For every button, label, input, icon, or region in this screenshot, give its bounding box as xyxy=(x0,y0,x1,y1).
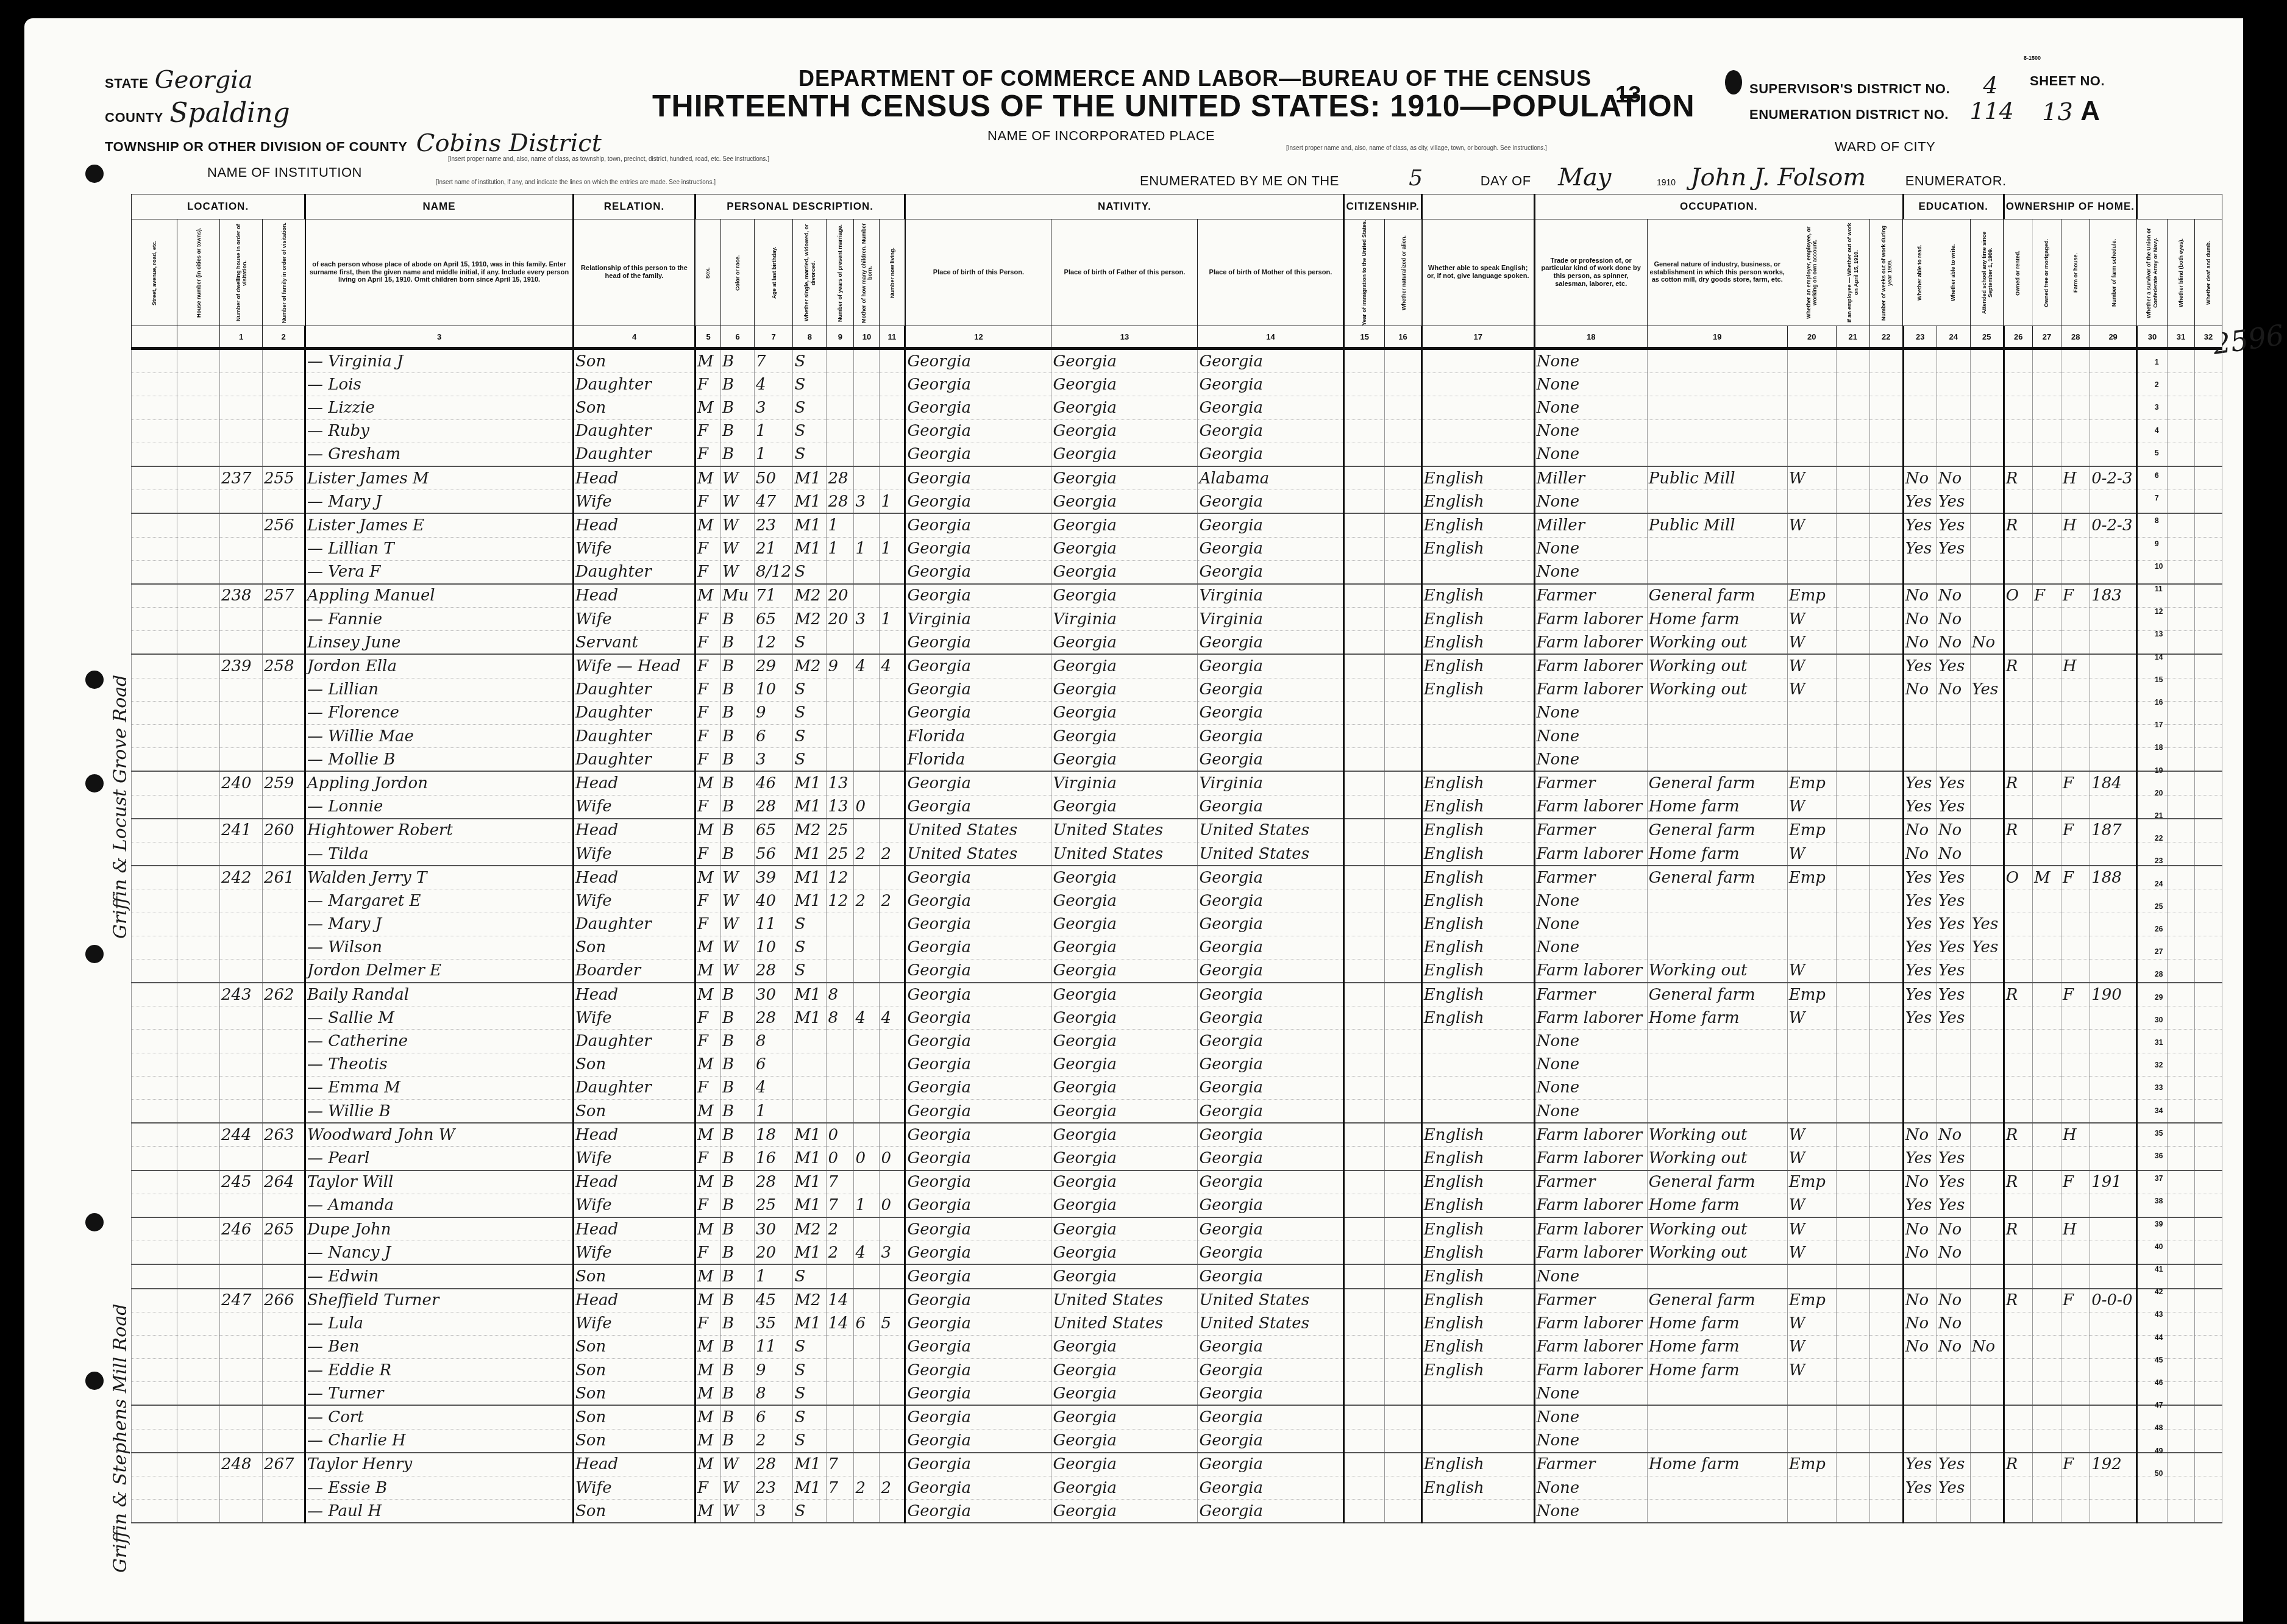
marital-status-cell: M2 xyxy=(793,584,827,608)
free-mortgaged-cell xyxy=(2032,771,2061,795)
family-number-cell: 267 xyxy=(263,1453,305,1476)
deaf-cell xyxy=(2195,1382,2222,1406)
birthplace-cell: Georgia xyxy=(905,913,1051,936)
free-mortgaged-cell xyxy=(2032,678,2061,701)
owned-rented-cell xyxy=(2004,913,2032,936)
farm-house-cell: H xyxy=(2061,466,2090,490)
relation-cell: Head xyxy=(574,819,695,842)
street-cell xyxy=(132,419,177,443)
day-of-label: DAY OF xyxy=(1481,173,1531,188)
dwelling-number-cell xyxy=(220,795,263,819)
naturalized-cell xyxy=(1385,1312,1422,1335)
naturalized-cell xyxy=(1385,725,1422,748)
mother-birthplace-cell: Georgia xyxy=(1198,1382,1344,1406)
line-number: 32 xyxy=(2155,1061,2163,1069)
race-cell: W xyxy=(721,1500,755,1523)
naturalized-cell xyxy=(1385,701,1422,724)
family-number-cell xyxy=(263,748,305,772)
column-description: Farm or house. xyxy=(2061,219,2090,326)
children-born-cell xyxy=(854,631,880,655)
farm-house-cell xyxy=(2061,748,2090,772)
employer-status-cell xyxy=(1787,1500,1836,1523)
mother-birthplace-cell: Georgia xyxy=(1198,419,1344,443)
read-cell xyxy=(1903,1359,1937,1382)
sex-cell: F xyxy=(695,1194,721,1217)
free-mortgaged-cell xyxy=(2032,349,2061,373)
street-cell xyxy=(132,1312,177,1335)
blind-cell xyxy=(2168,771,2195,795)
out-of-work-cell xyxy=(1836,889,1869,913)
employer-status-cell: W xyxy=(1787,1217,1836,1241)
deaf-cell xyxy=(2195,419,2222,443)
farm-house-cell: F xyxy=(2061,1453,2090,1476)
language-cell: English xyxy=(1421,819,1534,842)
employer-status-cell: W xyxy=(1787,608,1836,631)
out-of-work-cell xyxy=(1836,1241,1869,1265)
column-description: Whether deaf and dumb. xyxy=(2195,219,2222,326)
children-born-cell xyxy=(854,373,880,396)
deaf-cell xyxy=(2195,1076,2222,1099)
dwelling-number-cell: 248 xyxy=(220,1453,263,1476)
language-cell xyxy=(1421,1076,1534,1099)
blind-cell xyxy=(2168,608,2195,631)
person-name-cell: — Emma M xyxy=(305,1076,574,1099)
line-number: 1 xyxy=(2155,358,2159,366)
write-cell: Yes xyxy=(1937,1453,1970,1476)
dwelling-number-cell xyxy=(220,1312,263,1335)
family-number-cell xyxy=(263,889,305,913)
farm-house-cell: F xyxy=(2061,771,2090,795)
weeks-out-cell xyxy=(1869,678,1903,701)
children-born-cell: 2 xyxy=(854,889,880,913)
marital-status-cell: S xyxy=(793,349,827,373)
deaf-cell xyxy=(2195,1147,2222,1170)
years-married-cell xyxy=(827,701,854,724)
deaf-cell xyxy=(2195,1264,2222,1288)
write-cell xyxy=(1937,349,1970,373)
marital-status-cell: M1 xyxy=(793,1006,827,1030)
age-cell: 11 xyxy=(755,1335,793,1358)
read-cell: Yes xyxy=(1903,1194,1937,1217)
race-cell: B xyxy=(721,1241,755,1265)
birthplace-cell: Georgia xyxy=(905,466,1051,490)
column-number: 29 xyxy=(2090,326,2137,349)
blind-cell xyxy=(2168,490,2195,514)
table-row: — Margaret EWifeFW40M11222GeorgiaGeorgia… xyxy=(132,889,2222,913)
children-living-cell: 1 xyxy=(880,537,905,560)
naturalized-cell xyxy=(1385,1500,1422,1523)
naturalized-cell xyxy=(1385,1030,1422,1053)
employer-status-cell: Emp xyxy=(1787,983,1836,1006)
owned-rented-cell xyxy=(2004,1076,2032,1099)
trade-cell: None xyxy=(1534,1264,1647,1288)
marital-status-cell xyxy=(793,1100,827,1124)
read-cell xyxy=(1903,1100,1937,1124)
farm-schedule-cell xyxy=(2090,1382,2137,1406)
column-description: Trade or profession of, or particular ki… xyxy=(1534,219,1647,326)
relation-cell: Wife xyxy=(574,1476,695,1500)
owned-rented-cell xyxy=(2004,1241,2032,1265)
language-cell xyxy=(1421,396,1534,419)
column-number: 28 xyxy=(2061,326,2090,349)
language-cell: English xyxy=(1421,842,1534,866)
industry-cell: Working out xyxy=(1647,959,1787,983)
person-name-cell: Lister James E xyxy=(305,513,574,537)
marital-status-cell: S xyxy=(793,1382,827,1406)
naturalized-cell xyxy=(1385,654,1422,678)
line-number: 5 xyxy=(2155,449,2159,457)
line-number: 42 xyxy=(2155,1287,2163,1296)
industry-cell xyxy=(1647,490,1787,514)
father-birthplace-cell: Georgia xyxy=(1051,631,1198,655)
school-cell xyxy=(1970,795,2004,819)
employer-status-cell: W xyxy=(1787,1241,1836,1265)
family-number-cell: 256 xyxy=(263,513,305,537)
blind-cell xyxy=(2168,443,2195,466)
free-mortgaged-cell xyxy=(2032,889,2061,913)
relation-cell: Head xyxy=(574,1289,695,1312)
birthplace-cell: Georgia xyxy=(905,1476,1051,1500)
marital-status-cell: S xyxy=(793,1359,827,1382)
mother-birthplace-cell: United States xyxy=(1198,819,1344,842)
school-cell xyxy=(1970,1030,2004,1053)
deaf-cell xyxy=(2195,1194,2222,1217)
township-instructions: [Insert proper name and, also, name of c… xyxy=(448,156,948,163)
owned-rented-cell: R xyxy=(2004,983,2032,1006)
blind-cell xyxy=(2168,1289,2195,1312)
trade-cell: Farm laborer xyxy=(1534,1312,1647,1335)
person-name-cell: — Cort xyxy=(305,1405,574,1429)
line-number: 45 xyxy=(2155,1356,2163,1364)
language-cell: English xyxy=(1421,771,1534,795)
binder-hole-icon xyxy=(85,945,104,963)
years-married-cell: 20 xyxy=(827,584,854,608)
trade-cell: Farm laborer xyxy=(1534,678,1647,701)
school-cell xyxy=(1970,1453,2004,1476)
relation-cell: Head xyxy=(574,1123,695,1147)
father-birthplace-cell: Virginia xyxy=(1051,771,1198,795)
write-cell xyxy=(1937,1053,1970,1076)
house-number-cell xyxy=(177,631,220,655)
children-living-cell xyxy=(880,1170,905,1194)
dwelling-number-cell xyxy=(220,1100,263,1124)
weeks-out-cell xyxy=(1869,748,1903,772)
immigration-year-cell xyxy=(1344,936,1385,959)
supervisor-district-field: SUPERVISOR'S DISTRICT NO. 4 xyxy=(1749,72,1998,99)
language-cell: English xyxy=(1421,1335,1534,1358)
years-married-cell xyxy=(827,913,854,936)
children-born-cell: 0 xyxy=(854,1147,880,1170)
house-number-cell xyxy=(177,513,220,537)
marital-status-cell: M1 xyxy=(793,1312,827,1335)
marital-status-cell: M1 xyxy=(793,1476,827,1500)
house-number-cell xyxy=(177,466,220,490)
dwelling-number-cell xyxy=(220,1006,263,1030)
farm-house-cell xyxy=(2061,913,2090,936)
column-number: 8 xyxy=(793,326,827,349)
age-cell: 18 xyxy=(755,1123,793,1147)
weeks-out-cell xyxy=(1869,1147,1903,1170)
person-name-cell: — Mary J xyxy=(305,913,574,936)
column-number: 5 xyxy=(695,326,721,349)
farm-house-cell: H xyxy=(2061,1123,2090,1147)
blind-cell xyxy=(2168,584,2195,608)
school-cell xyxy=(1970,1006,2004,1030)
person-name-cell: — Lizzie xyxy=(305,396,574,419)
industry-cell xyxy=(1647,349,1787,373)
dwelling-number-cell: 239 xyxy=(220,654,263,678)
relation-cell: Wife xyxy=(574,1241,695,1265)
read-cell: No xyxy=(1903,842,1937,866)
father-birthplace-cell: Georgia xyxy=(1051,1241,1198,1265)
birthplace-cell: Georgia xyxy=(905,1264,1051,1288)
read-cell xyxy=(1903,1030,1937,1053)
industry-cell xyxy=(1647,1076,1787,1099)
out-of-work-cell xyxy=(1836,1359,1869,1382)
sex-cell: F xyxy=(695,842,721,866)
state-label: STATE xyxy=(105,76,148,91)
employer-status-cell xyxy=(1787,725,1836,748)
family-number-cell xyxy=(263,1359,305,1382)
farm-schedule-cell xyxy=(2090,1123,2137,1147)
naturalized-cell xyxy=(1385,819,1422,842)
naturalized-cell xyxy=(1385,1241,1422,1265)
column-description: Attended school any time since September… xyxy=(1970,219,2004,326)
column-description: Number of weeks out of work during year … xyxy=(1869,219,1903,326)
out-of-work-cell xyxy=(1836,1405,1869,1429)
blind-cell xyxy=(2168,1335,2195,1358)
naturalized-cell xyxy=(1385,1429,1422,1453)
family-number-cell xyxy=(263,1006,305,1030)
column-description: Owned or rented. xyxy=(2004,219,2032,326)
house-number-cell xyxy=(177,1123,220,1147)
years-married-cell: 7 xyxy=(827,1194,854,1217)
weeks-out-cell xyxy=(1869,959,1903,983)
owned-rented-cell xyxy=(2004,1312,2032,1335)
mother-birthplace-cell: Georgia xyxy=(1198,443,1344,466)
free-mortgaged-cell xyxy=(2032,396,2061,419)
father-birthplace-cell: Georgia xyxy=(1051,1382,1198,1406)
naturalized-cell xyxy=(1385,490,1422,514)
birthplace-cell: Georgia xyxy=(905,1006,1051,1030)
employer-status-cell: W xyxy=(1787,1147,1836,1170)
weeks-out-cell xyxy=(1869,443,1903,466)
immigration-year-cell xyxy=(1344,537,1385,560)
years-married-cell: 14 xyxy=(827,1312,854,1335)
sex-cell: F xyxy=(695,1030,721,1053)
deaf-cell xyxy=(2195,490,2222,514)
children-living-cell xyxy=(880,678,905,701)
father-birthplace-cell: Georgia xyxy=(1051,560,1198,584)
institution-instructions: [Insert name of institution, if any, and… xyxy=(436,179,984,186)
birthplace-cell: Georgia xyxy=(905,1217,1051,1241)
school-cell xyxy=(1970,584,2004,608)
weeks-out-cell xyxy=(1869,490,1903,514)
person-name-cell: — Fannie xyxy=(305,608,574,631)
children-living-cell xyxy=(880,1382,905,1406)
free-mortgaged-cell xyxy=(2032,466,2061,490)
write-cell xyxy=(1937,725,1970,748)
column-number: 32 xyxy=(2195,326,2222,349)
children-living-cell xyxy=(880,1289,905,1312)
house-number-cell xyxy=(177,584,220,608)
relation-cell: Daughter xyxy=(574,725,695,748)
house-number-cell xyxy=(177,1359,220,1382)
farm-house-cell xyxy=(2061,396,2090,419)
owned-rented-cell: R xyxy=(2004,1217,2032,1241)
blind-cell xyxy=(2168,701,2195,724)
house-number-cell xyxy=(177,490,220,514)
weeks-out-cell xyxy=(1869,795,1903,819)
free-mortgaged-cell xyxy=(2032,1217,2061,1241)
blind-cell xyxy=(2168,1100,2195,1124)
mother-birthplace-cell: Georgia xyxy=(1198,959,1344,983)
children-born-cell xyxy=(854,1335,880,1358)
relation-cell: Boarder xyxy=(574,959,695,983)
industry-cell: Public Mill xyxy=(1647,466,1787,490)
owned-rented-cell: O xyxy=(2004,866,2032,889)
mother-birthplace-cell: Georgia xyxy=(1198,1359,1344,1382)
race-cell: B xyxy=(721,1006,755,1030)
sex-cell: F xyxy=(695,748,721,772)
age-cell: 23 xyxy=(755,513,793,537)
farm-house-cell xyxy=(2061,1030,2090,1053)
line-number: 3 xyxy=(2155,403,2159,411)
family-number-cell xyxy=(263,560,305,584)
line-number: 34 xyxy=(2155,1106,2163,1115)
employer-status-cell: Emp xyxy=(1787,819,1836,842)
owned-rented-cell: R xyxy=(2004,771,2032,795)
father-birthplace-cell: Georgia xyxy=(1051,1123,1198,1147)
family-number-cell xyxy=(263,1100,305,1124)
relation-cell: Head xyxy=(574,1453,695,1476)
person-name-cell: — Sallie M xyxy=(305,1006,574,1030)
naturalized-cell xyxy=(1385,1217,1422,1241)
mother-birthplace-cell: Alabama xyxy=(1198,466,1344,490)
farm-schedule-cell xyxy=(2090,1076,2137,1099)
dwelling-number-cell xyxy=(220,1076,263,1099)
employer-status-cell: W xyxy=(1787,1312,1836,1335)
birthplace-cell: Georgia xyxy=(905,373,1051,396)
out-of-work-cell xyxy=(1836,349,1869,373)
naturalized-cell xyxy=(1385,842,1422,866)
write-cell: No xyxy=(1937,1241,1970,1265)
naturalized-cell xyxy=(1385,936,1422,959)
mother-birthplace-cell: Georgia xyxy=(1198,1123,1344,1147)
immigration-year-cell xyxy=(1344,1100,1385,1124)
birthplace-cell: Florida xyxy=(905,725,1051,748)
children-living-cell xyxy=(880,631,905,655)
sex-cell: F xyxy=(695,1476,721,1500)
read-cell xyxy=(1903,1405,1937,1429)
birthplace-cell: Georgia xyxy=(905,1076,1051,1099)
dwelling-number-cell xyxy=(220,1429,263,1453)
out-of-work-cell xyxy=(1836,748,1869,772)
blind-cell xyxy=(2168,1241,2195,1265)
weeks-out-cell xyxy=(1869,1194,1903,1217)
relation-cell: Wife xyxy=(574,608,695,631)
sex-cell: M xyxy=(695,1217,721,1241)
person-name-cell: — Margaret E xyxy=(305,889,574,913)
naturalized-cell xyxy=(1385,373,1422,396)
farm-house-cell xyxy=(2061,959,2090,983)
road-note-2: Griffin & Stephens Mill Road xyxy=(110,1109,131,1573)
read-cell xyxy=(1903,1264,1937,1288)
immigration-year-cell xyxy=(1344,771,1385,795)
blind-cell xyxy=(2168,1476,2195,1500)
immigration-year-cell xyxy=(1344,631,1385,655)
relation-cell: Daughter xyxy=(574,443,695,466)
person-name-cell: Baily Randal xyxy=(305,983,574,1006)
years-married-cell xyxy=(827,1335,854,1358)
birthplace-cell: Georgia xyxy=(905,1241,1051,1265)
employer-status-cell xyxy=(1787,748,1836,772)
trade-cell: None xyxy=(1534,1053,1647,1076)
free-mortgaged-cell xyxy=(2032,936,2061,959)
immigration-year-cell xyxy=(1344,1006,1385,1030)
house-number-cell xyxy=(177,1170,220,1194)
language-cell: English xyxy=(1421,537,1534,560)
age-cell: 20 xyxy=(755,1241,793,1265)
street-cell xyxy=(132,1194,177,1217)
mother-birthplace-cell: Georgia xyxy=(1198,631,1344,655)
dwelling-number-cell xyxy=(220,842,263,866)
person-name-cell: — Catherine xyxy=(305,1030,574,1053)
father-birthplace-cell: Georgia xyxy=(1051,466,1198,490)
veteran-cell xyxy=(2137,513,2168,537)
dwelling-number-cell xyxy=(220,748,263,772)
father-birthplace-cell: United States xyxy=(1051,842,1198,866)
dwelling-number-cell xyxy=(220,1264,263,1288)
children-born-cell xyxy=(854,959,880,983)
age-cell: 29 xyxy=(755,654,793,678)
mother-birthplace-cell: Georgia xyxy=(1198,1030,1344,1053)
column-number: 24 xyxy=(1937,326,1970,349)
table-row: — Willie BSonMB1GeorgiaGeorgiaGeorgiaNon… xyxy=(132,1100,2222,1124)
school-cell xyxy=(1970,373,2004,396)
line-number: 40 xyxy=(2155,1242,2163,1251)
industry-cell: General farm xyxy=(1647,584,1787,608)
children-born-cell: 4 xyxy=(854,1241,880,1265)
out-of-work-cell xyxy=(1836,490,1869,514)
farm-schedule-cell xyxy=(2090,349,2137,373)
person-name-cell: — Essie B xyxy=(305,1476,574,1500)
out-of-work-cell xyxy=(1836,1170,1869,1194)
children-born-cell xyxy=(854,748,880,772)
race-cell: B xyxy=(721,725,755,748)
employer-status-cell xyxy=(1787,1405,1836,1429)
school-cell: Yes xyxy=(1970,936,2004,959)
industry-cell: Working out xyxy=(1647,631,1787,655)
farm-house-cell xyxy=(2061,419,2090,443)
column-number: 21 xyxy=(1836,326,1869,349)
trade-cell: Farmer xyxy=(1534,1170,1647,1194)
read-cell xyxy=(1903,725,1937,748)
owned-rented-cell: O xyxy=(2004,584,2032,608)
employer-status-cell xyxy=(1787,1264,1836,1288)
incorporated-place-instructions: [Insert proper name and, also, name of c… xyxy=(1286,145,1786,152)
children-living-cell: 5 xyxy=(880,1312,905,1335)
industry-cell xyxy=(1647,1053,1787,1076)
birthplace-cell: Virginia xyxy=(905,608,1051,631)
sex-cell: F xyxy=(695,1006,721,1030)
family-number-cell xyxy=(263,1476,305,1500)
free-mortgaged-cell xyxy=(2032,1053,2061,1076)
column-number: 3 xyxy=(305,326,574,349)
relation-cell: Son xyxy=(574,1429,695,1453)
dwelling-number-cell xyxy=(220,936,263,959)
trade-cell: Farm laborer xyxy=(1534,1359,1647,1382)
